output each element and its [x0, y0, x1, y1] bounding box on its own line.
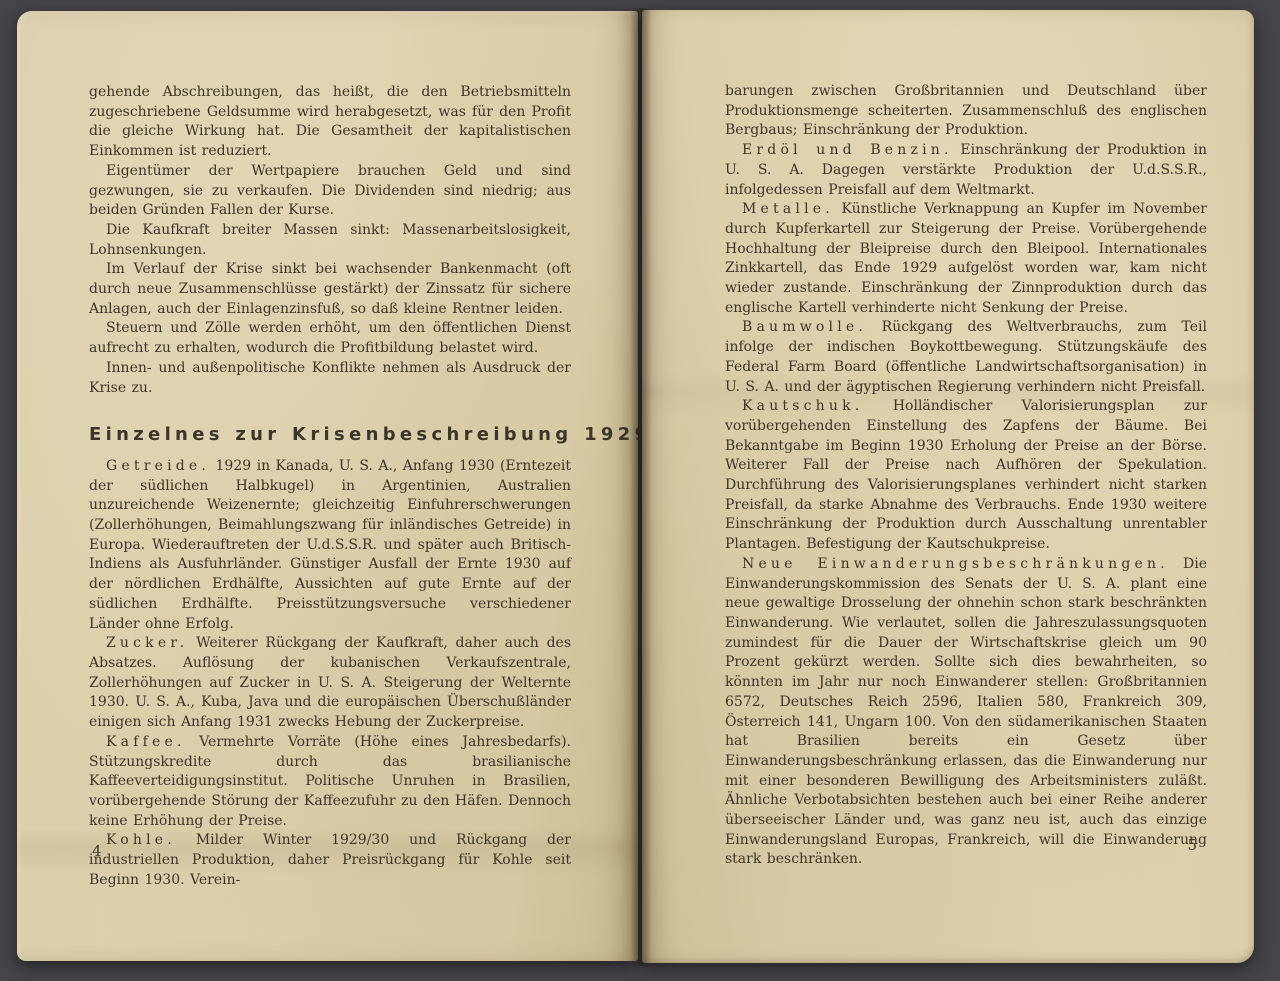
paragraph: Erdöl und Benzin. Einschränkung der Prod… [725, 141, 1207, 200]
right-page-text: barungen zwischen Großbritannien und Deu… [725, 82, 1207, 870]
paragraph: gehende Abschreibungen, das heißt, die d… [89, 83, 571, 162]
paragraph-lead: Getreide. [106, 458, 210, 474]
paragraph: Metalle. Künstliche Verknappung an Kupfe… [725, 200, 1207, 318]
paragraph-lead: Erdöl und Benzin. [742, 142, 953, 158]
paragraph-lead: Baumwolle. [742, 319, 867, 335]
left-page: gehende Abschreibungen, das heißt, die d… [17, 11, 638, 961]
paragraph-lead: Metalle. [742, 201, 834, 217]
paragraph: Eigentümer der Wertpapiere brauchen Geld… [89, 162, 571, 221]
paragraph: Kohle. Milder Winter 1929/30 und Rückgan… [89, 831, 571, 890]
book-spread: gehende Abschreibungen, das heißt, die d… [0, 0, 1280, 981]
section-heading: Einzelnes zur Krisenbeschreibung 1929/30 [89, 425, 571, 445]
paragraph: Neue Einwanderungsbeschränkungen. Die Ei… [725, 555, 1207, 870]
right-page: barungen zwischen Großbritannien und Deu… [642, 10, 1254, 963]
paragraph: Innen- und außenpolitische Konflikte neh… [89, 359, 571, 398]
paragraph: Steuern und Zölle werden erhöht, um den … [89, 319, 571, 358]
paragraph-lead: Kaffee. [106, 734, 186, 750]
paragraph: Kaffee. Vermehrte Vorräte (Höhe eines Ja… [89, 733, 571, 832]
left-text-bottom: Getreide. 1929 in Kanada, U. S. A., Anfa… [89, 457, 571, 890]
left-page-text: gehende Abschreibungen, das heißt, die d… [89, 83, 571, 890]
left-text-top: gehende Abschreibungen, das heißt, die d… [89, 83, 571, 398]
page-number-left: 4 [92, 842, 102, 860]
scanned-book-photo: { "colors": { "background": "#454449", "… [0, 0, 1280, 981]
paragraph-lead: Kohle. [106, 832, 176, 848]
paragraph: Baumwolle. Rückgang des Weltverbrauchs, … [725, 318, 1207, 397]
paragraph: barungen zwischen Großbritannien und Deu… [725, 82, 1207, 141]
paragraph: Die Kaufkraft breiter Massen sinkt: Mass… [89, 221, 571, 260]
page-number-right: 5 [1187, 836, 1197, 854]
paragraph-lead: Zucker. [106, 635, 188, 651]
right-text: barungen zwischen Großbritannien und Deu… [725, 82, 1207, 870]
paragraph: Getreide. 1929 in Kanada, U. S. A., Anfa… [89, 457, 571, 634]
paragraph-lead: Kautschuk. [742, 398, 863, 414]
paragraph: Kautschuk. Holländischer Valorisierungsp… [725, 397, 1207, 555]
paragraph: Zucker. Weiterer Rückgang der Kaufkraft,… [89, 634, 571, 733]
paragraph: Im Verlauf der Krise sinkt bei wachsende… [89, 260, 571, 319]
paragraph-lead: Neue Einwanderungsbeschränkungen. [742, 556, 1169, 572]
